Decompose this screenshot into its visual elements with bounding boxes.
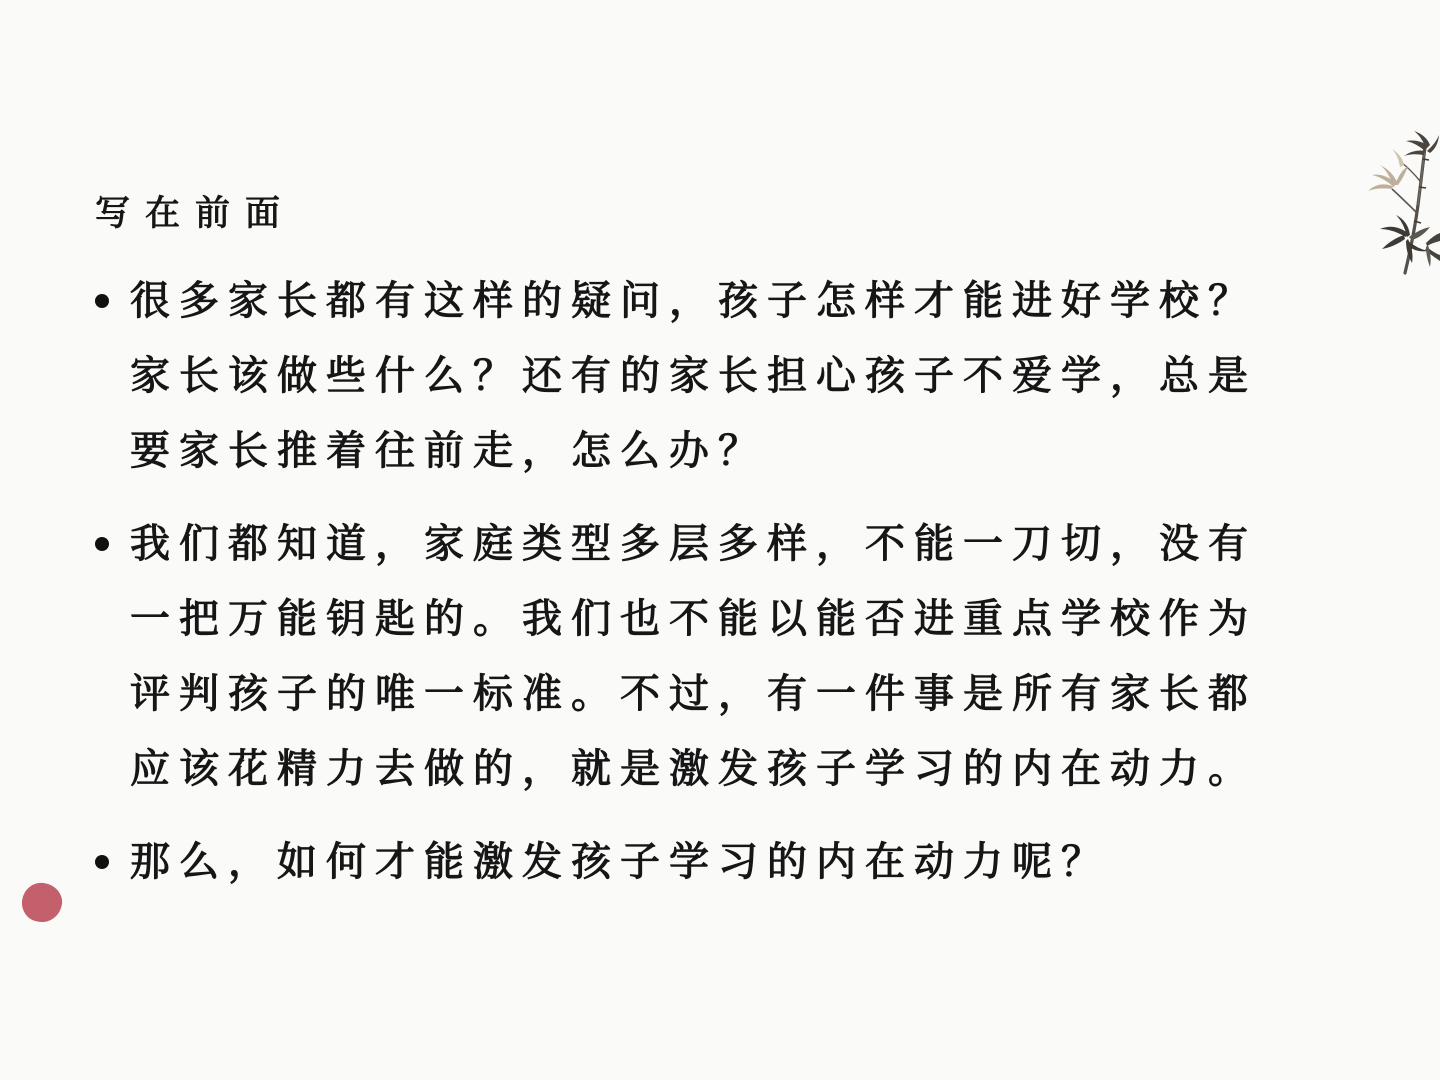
bullet-text-line: 应该花精力去做的，就是激发孩子学习的内在动力。 [130,732,1257,807]
bullet-text-line: 一把万能钥匙的。我们也不能以能否进重点学校作为 [130,582,1257,657]
red-seal-dot [19,880,64,924]
bullet-text-line: 要家长推着往前走，怎么办？ [130,414,1257,489]
bamboo-ink-icon [1348,125,1440,275]
bullet-list: 很多家长都有这样的疑问，孩子怎样才能进好学校？ 家长该做些什么？还有的家长担心孩… [95,264,1365,900]
bullet-text-line: 家长该做些什么？还有的家长担心孩子不爱学，总是 [130,339,1257,414]
bullet-item-1: 很多家长都有这样的疑问，孩子怎样才能进好学校？ 家长该做些什么？还有的家长担心孩… [95,264,1365,489]
bullet-item-3: 那么，如何才能激发孩子学习的内在动力呢？ [95,825,1365,900]
bullet-2-text: 我们都知道，家庭类型多层多样，不能一刀切，没有 一把万能钥匙的。我们也不能以能否… [130,507,1257,807]
bullet-dot-icon [95,294,109,308]
bullet-text-line: 评判孩子的唯一标准。不过，有一件事是所有家长都 [130,657,1257,732]
bullet-1-text: 很多家长都有这样的疑问，孩子怎样才能进好学校？ 家长该做些什么？还有的家长担心孩… [130,264,1257,489]
slide-title: 写在前面 [95,196,1365,232]
bullet-text-line: 我们都知道，家庭类型多层多样，不能一刀切，没有 [130,507,1257,582]
bullet-text-line: 很多家长都有这样的疑问，孩子怎样才能进好学校？ [130,264,1257,339]
bullet-3-text: 那么，如何才能激发孩子学习的内在动力呢？ [130,825,1110,900]
bullet-dot-icon [95,537,109,551]
bullet-dot-icon [95,855,109,869]
bullet-text-line: 那么，如何才能激发孩子学习的内在动力呢？ [130,825,1110,900]
bullet-item-2: 我们都知道，家庭类型多层多样，不能一刀切，没有 一把万能钥匙的。我们也不能以能否… [95,507,1365,807]
presentation-slide: 写在前面 很多家长都有这样的疑问，孩子怎样才能进好学校？ 家长该做些什么？还有的… [0,0,1440,1080]
slide-content: 写在前面 很多家长都有这样的疑问，孩子怎样才能进好学校？ 家长该做些什么？还有的… [95,196,1365,900]
